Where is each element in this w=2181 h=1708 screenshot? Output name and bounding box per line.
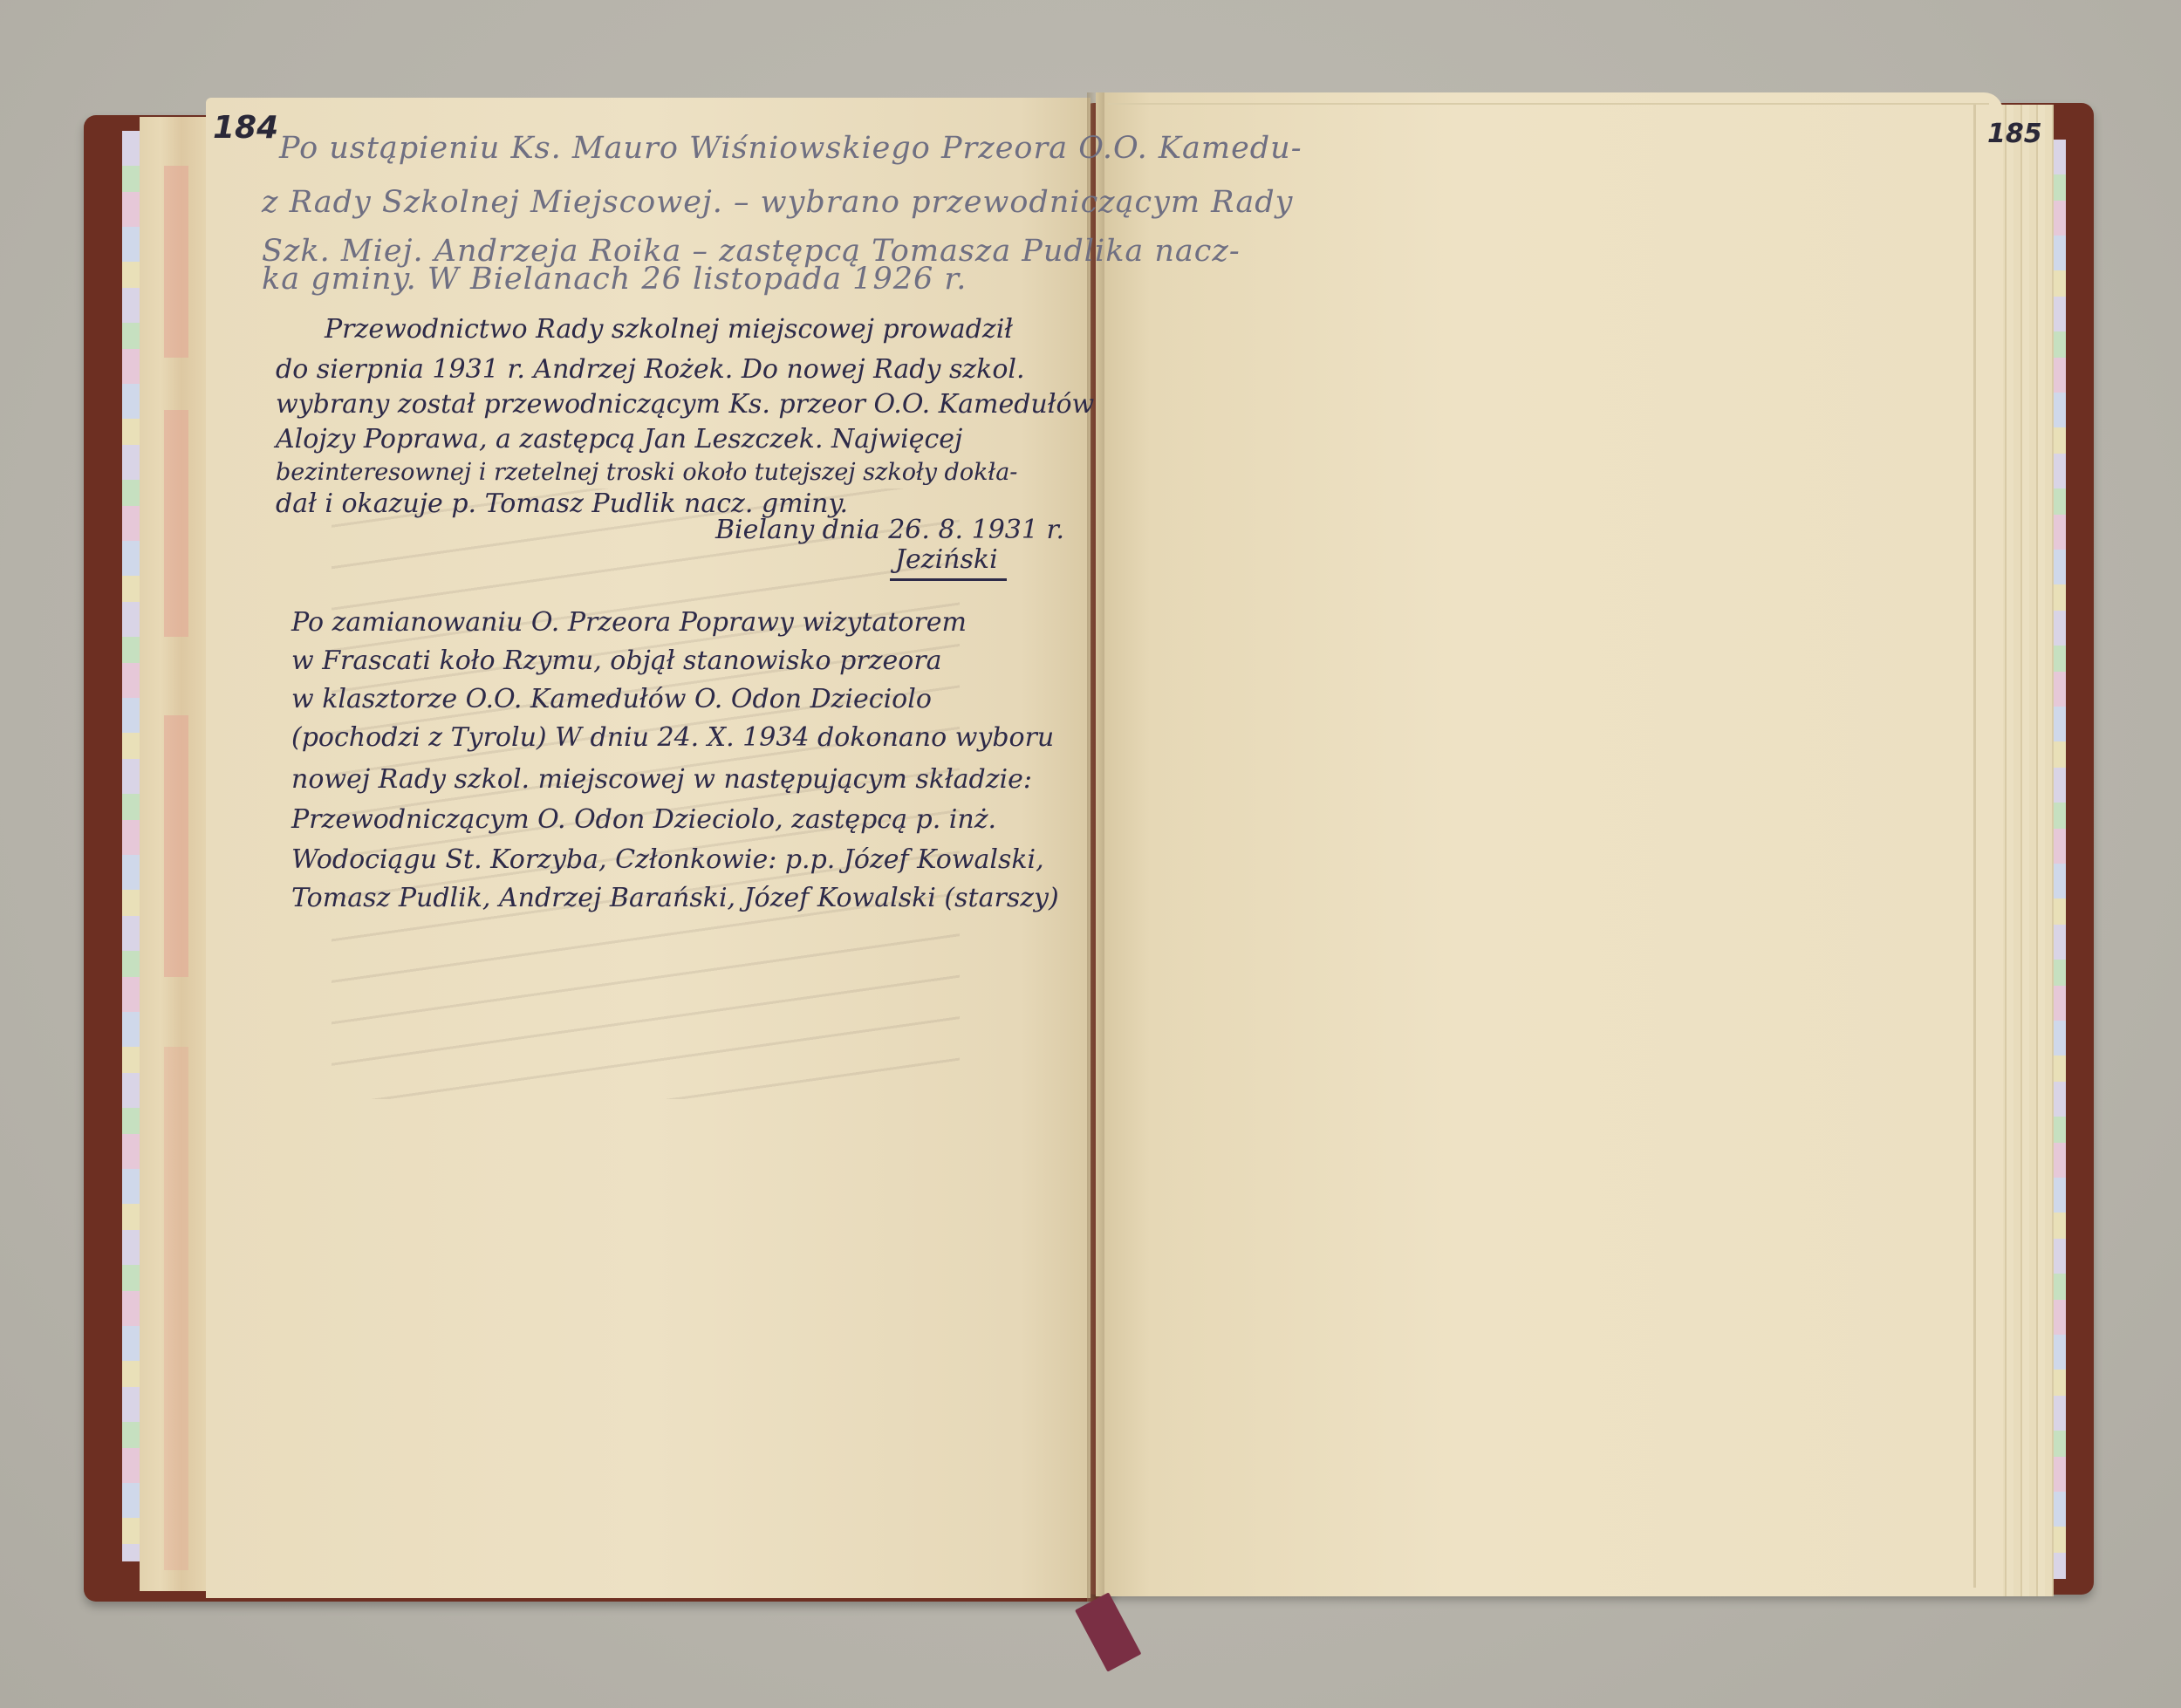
entry3-line: Po zamianowaniu O. Przeora Poprawy wizyt… (291, 607, 967, 638)
entry1-line: z Rady Szkolnej Miejscowej. – wybrano pr… (262, 185, 1293, 220)
entry2-line: bezinteresownej i rzetelnej troski około… (276, 459, 1017, 486)
place-date: Bielany dnia 26. 8. 1931 r. (715, 515, 1064, 545)
entry3-line: Tomasz Pudlik, Andrzej Barański, Józef K… (291, 883, 1059, 913)
red-edge-stain (164, 166, 188, 358)
page-number-right: 185 (1987, 119, 2042, 149)
entry3-line: w klasztorze O.O. Kamedułów O. Odon Dzie… (291, 684, 932, 714)
page-top-line (1108, 103, 1989, 105)
page-margin-line (1973, 105, 1976, 1588)
entry2-line: Przewodnictwo Rady szkolnej miejscowej p… (325, 314, 1013, 345)
entry3-line: nowej Rady szkol. miejscowej w następują… (291, 764, 1032, 795)
book-gutter (1087, 92, 1104, 1602)
entry3-line: Wodociągu St. Korzyba, Członkowie: p.p. … (291, 844, 1044, 875)
entry3-line: (pochodzi z Tyrolu) W dniu 24. X. 1934 d… (291, 722, 1054, 753)
red-edge-stain (164, 715, 188, 977)
right-page (1096, 92, 2003, 1596)
signature: Jeziński (890, 544, 1007, 581)
entry1-line: Po ustąpieniu Ks. Mauro Wiśniowskiego Pr… (279, 131, 1302, 166)
page-number-left: 184 (213, 110, 278, 146)
page-stack-right (1998, 105, 2054, 1596)
entry3-line: w Frascati koło Rzymu, objął stanowisko … (291, 646, 942, 676)
entry1-line: ka gminy. W Bielanach 26 listopada 1926 … (262, 262, 967, 297)
red-edge-stain (164, 1047, 188, 1570)
entry3-line: Przewodniczącym O. Odon Dzieciolo, zastę… (291, 804, 996, 835)
entry2-line: Alojzy Poprawa, a zastępcą Jan Leszczek.… (276, 424, 962, 454)
entry2-line: wybrany został przewodniczącym Ks. przeo… (276, 389, 1094, 420)
entry2-line: do sierpnia 1931 r. Andrzej Rożek. Do no… (276, 354, 1025, 385)
red-edge-stain (164, 410, 188, 637)
